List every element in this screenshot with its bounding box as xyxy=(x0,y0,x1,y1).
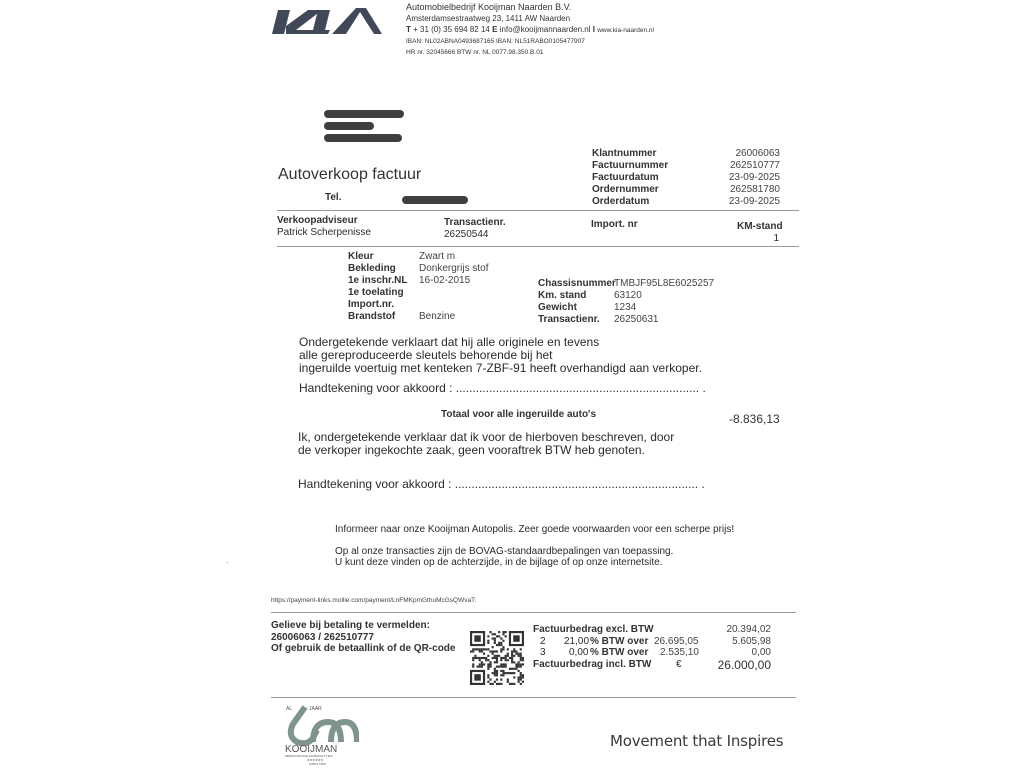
company-registry: HR nr. 32045666 BTW nr. NL 0077.98.350.B… xyxy=(406,47,654,58)
company-website: www.kia-naarden.nl xyxy=(597,27,654,34)
tel-redacted xyxy=(402,196,468,204)
advisor-name: Patrick Scherpenisse xyxy=(277,227,371,239)
signature-line-1[interactable]: Handtekening voor akkoord : ............… xyxy=(299,382,706,395)
vehicle-field-value: Zwart m xyxy=(419,251,455,262)
vehicle-field-value: 26250631 xyxy=(614,314,659,325)
payment-alt-instruction: Of gebruik de betaallink of de QR-code xyxy=(271,643,455,655)
vehicle-field: BekledingDonkergrijs stof xyxy=(348,263,488,275)
company-address: Amsterdamsestraatweg 23, 1411 AW Naarden xyxy=(406,13,654,24)
payment-instruction-title: Gelieve bij betaling te vermelden: xyxy=(271,620,455,632)
slogan: Movement that Inspires xyxy=(610,732,783,750)
vehicle-field-label: Chassisnummer xyxy=(538,278,614,290)
info-row: Factuurdatum23-09-2025 xyxy=(592,172,780,184)
divider xyxy=(271,612,796,613)
advisor-label: Verkoopadviseur xyxy=(277,215,371,227)
autopolis-note: Informeer naar onze Kooijman Autopolis. … xyxy=(335,524,734,535)
divider xyxy=(271,697,796,698)
invoice-date: 23-09-2025 xyxy=(729,172,780,184)
advisor-block: Verkoopadviseur Patrick Scherpenisse xyxy=(277,215,371,239)
km-block: KM-stand 1 xyxy=(737,221,779,245)
tel-label: Tel. xyxy=(325,192,341,203)
scan-speck: · xyxy=(226,558,229,567)
info-row: Factuurnummer262510777 xyxy=(592,160,780,172)
km-label: KM-stand xyxy=(737,221,779,233)
vehicle-field-label: Bekleding xyxy=(348,263,419,275)
vehicle-field-label: 1e inschr.NL xyxy=(348,275,419,287)
vehicle-field: Transactienr.26250631 xyxy=(538,314,714,326)
vehicle-field-value: 16-02-2015 xyxy=(419,275,470,286)
vehicle-field-label: Brandstof xyxy=(348,311,419,323)
redaction-bar xyxy=(324,122,374,130)
km-value: 1 xyxy=(737,233,779,245)
company-contact: T + 31 (0) 35 694 82 14 E info@kooijmann… xyxy=(406,24,654,36)
svg-text:JAAR: JAAR xyxy=(309,706,322,712)
bovag-note: Op al onze transacties zijn de BOVAG-sta… xyxy=(335,546,673,568)
vehicle-field-value: 1234 xyxy=(614,302,636,313)
total-incl-value: 26.000,00 xyxy=(718,660,771,672)
total-excl-value: 20.394,02 xyxy=(727,624,772,636)
signature-line-2[interactable]: Handtekening voor akkoord : ............… xyxy=(298,478,705,491)
info-row: Ordernummer262581780 xyxy=(592,184,780,196)
vehicle-field: BrandstofBenzine xyxy=(348,311,488,323)
import-nr-label: Import. nr xyxy=(591,219,638,231)
tradein-total-label: Totaal voor alle ingeruilde auto's xyxy=(441,409,596,420)
order-date: 23-09-2025 xyxy=(729,196,780,208)
company-phone: + 31 (0) 35 694 82 14 xyxy=(413,25,490,34)
company-info: Automobielbedrijf Kooijman Naarden B.V. … xyxy=(406,2,654,58)
company-iban: IBAN: NL02ABNA0493687165 IBAN: NL51RABO0… xyxy=(406,36,654,47)
vat-21-amount: 5.605,98 xyxy=(732,636,771,648)
transaction-block: Transactienr. 26250544 xyxy=(444,217,506,241)
customer-number: 26006063 xyxy=(736,148,781,160)
redaction-bar xyxy=(324,110,404,118)
vehicle-details-right: ChassisnummerTMBJF95L8E6025257Km. stand6… xyxy=(538,278,714,326)
svg-text:SINDS 1959: SINDS 1959 xyxy=(309,762,326,766)
vehicle-field: KleurZwart m xyxy=(348,251,488,263)
payment-reference: 26006063 / 262510777 xyxy=(271,632,455,644)
vehicle-field-value: Donkergrijs stof xyxy=(419,263,488,274)
invoice-number: 262510777 xyxy=(730,160,780,172)
vehicle-field-value: TMBJF95L8E6025257 xyxy=(614,278,714,289)
invoice-info: Klantnummer26006063 Factuurnummer2625107… xyxy=(592,148,780,208)
svg-text:AL: AL xyxy=(286,706,292,712)
vehicle-field-label: Transactienr. xyxy=(538,314,614,326)
vehicle-field: ChassisnummerTMBJF95L8E6025257 xyxy=(538,278,714,290)
vehicle-field-label: 1e toelating xyxy=(348,287,419,299)
vehicle-field-label: Km. stand xyxy=(538,290,614,302)
company-email: info@kooijmannaarden.nl xyxy=(500,25,591,34)
transaction-value: 26250544 xyxy=(444,229,506,241)
total-incl-row: Factuurbedrag incl. BTW € 26.000,00 xyxy=(533,659,773,671)
tradein-total-value: -8.836,13 xyxy=(729,412,780,426)
info-row: Orderdatum23-09-2025 xyxy=(592,196,780,208)
invoice-totals: Factuurbedrag excl. BTW 20.394,02 2 21,0… xyxy=(533,624,773,670)
vat-row: 3 0,00 % BTW over 2.535,10 0,00 xyxy=(533,647,773,659)
document-title: Autoverkoop factuur xyxy=(278,166,421,184)
vehicle-field-value: 63120 xyxy=(614,290,642,301)
total-excl-row: Factuurbedrag excl. BTW 20.394,02 xyxy=(533,624,773,636)
vehicle-field-label: Kleur xyxy=(348,251,419,263)
info-row: Klantnummer26006063 xyxy=(592,148,780,160)
vat-0-amount: 0,00 xyxy=(752,647,771,659)
vehicle-field: Import.nr. xyxy=(348,299,488,311)
vehicle-field: 1e toelating xyxy=(348,287,488,299)
transaction-label: Transactienr. xyxy=(444,217,506,229)
divider xyxy=(277,210,799,211)
vehicle-field-value: Benzine xyxy=(419,311,455,322)
vehicle-details-left: KleurZwart mBekledingDonkergrijs stof1e … xyxy=(348,251,488,323)
payment-link[interactable]: https://payment-links.mollie.com/payment… xyxy=(271,597,476,604)
kooijman-60-year-logo: AL JAAR KOOIJMAN PERSOONLIJKE AANDACHT T… xyxy=(283,704,359,766)
vehicle-field: Gewicht1234 xyxy=(538,302,714,314)
order-number: 262581780 xyxy=(730,184,780,196)
vehicle-field: Km. stand63120 xyxy=(538,290,714,302)
divider xyxy=(277,246,799,247)
company-name: Automobielbedrijf Kooijman Naarden B.V. xyxy=(406,2,654,13)
key-declaration: Ondergetekende verklaart dat hij alle or… xyxy=(299,336,702,375)
payment-instructions: Gelieve bij betaling te vermelden: 26006… xyxy=(271,620,455,655)
redaction-bar xyxy=(324,134,402,142)
vat-row: 2 21,00 % BTW over 26.695,05 5.605,98 xyxy=(533,636,773,648)
vehicle-field: 1e inschr.NL16-02-2015 xyxy=(348,275,488,287)
kia-logo xyxy=(272,6,382,38)
qr-code-icon[interactable] xyxy=(470,631,524,685)
vat-declaration: Ik, ondergetekende verklaar dat ik voor … xyxy=(298,431,674,457)
vehicle-field-label: Gewicht xyxy=(538,302,614,314)
vehicle-field-label: Import.nr. xyxy=(348,299,419,311)
